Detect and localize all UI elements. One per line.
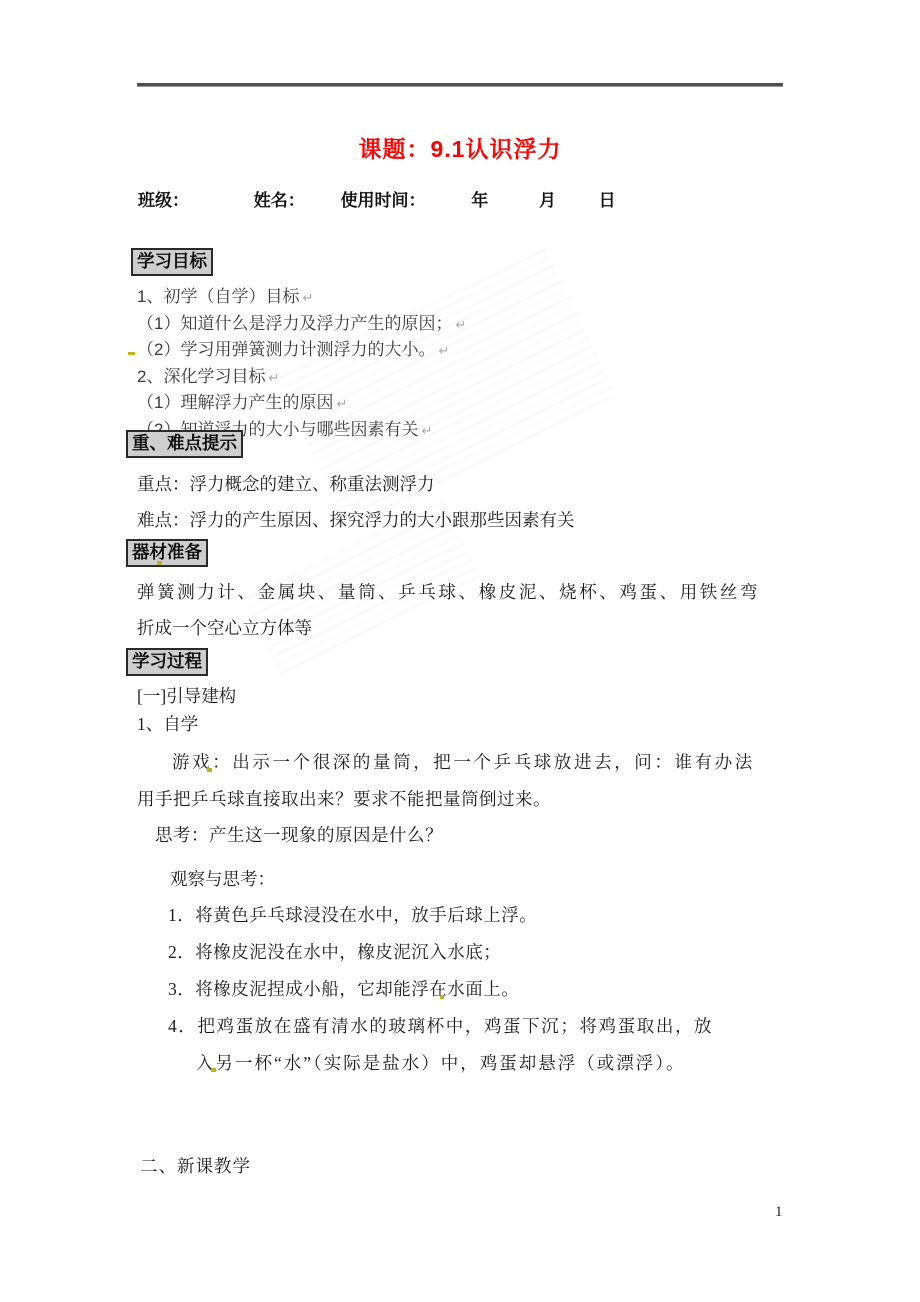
key-point-line: 重点：浮力概念的建立、称重法测浮力 — [137, 471, 435, 496]
goals-list: 1、初学（自学）目标↵ （1）知道什么是浮力及浮力产生的原因；↵ （2）学习用弹… — [137, 284, 466, 444]
process-intro-line: [一]引导建构 — [137, 683, 236, 708]
document-page: 课题：9.1认识浮力 班级： 姓名： 使用时间： 年 月 日 学习目标 1、初学… — [0, 0, 920, 1302]
section-heading-goals: 学习目标 — [131, 248, 213, 276]
section-heading-process: 学习过程 — [126, 648, 208, 676]
section-heading-materials: 器材准备 — [126, 539, 208, 567]
spellcheck-mark — [211, 1068, 216, 1072]
goal-text: 2、深化学习目标 — [137, 367, 265, 386]
goal-line: （2）学习用弹簧测力计测浮力的大小。↵ — [137, 337, 466, 364]
goal-text: （1）知道什么是浮力及浮力产生的原因； — [137, 314, 452, 333]
return-mark-icon: ↵ — [421, 423, 432, 438]
name-label: 姓名： — [254, 186, 305, 211]
goal-text: （1）理解浮力产生的原因 — [137, 393, 333, 412]
difficult-point-line: 难点：浮力的产生原因、探究浮力的大小跟那些因素有关 — [137, 507, 575, 532]
observe-item-continuation: 入另一杯“水”（实际是盐水）中，鸡蛋却悬浮（或漂浮）。 — [196, 1050, 686, 1075]
goal-line: （1）理解浮力产生的原因↵ — [137, 390, 466, 417]
spellcheck-mark — [128, 352, 135, 355]
spellcheck-mark — [157, 561, 162, 565]
return-mark-icon: ↵ — [268, 370, 279, 385]
page-number: 1 — [775, 1204, 783, 1221]
goal-text: 1、初学（自学）目标 — [137, 287, 299, 306]
day-label: 日 — [599, 186, 616, 211]
use-time-label: 使用时间： — [340, 186, 425, 211]
goal-text: （2）学习用弹簧测力计测浮力的大小。 — [137, 340, 435, 359]
year-label: 年 — [471, 186, 488, 211]
observe-item: 3．将橡皮泥捏成小船，它却能浮在水面上。 — [168, 976, 519, 1001]
next-section-heading: 二、新课教学 — [140, 1153, 251, 1178]
return-mark-icon: ↵ — [455, 317, 466, 332]
observe-item: 1．将黄色乒乓球浸没在水中，放手后球上浮。 — [168, 902, 537, 927]
goal-line: （1）知道什么是浮力及浮力产生的原因；↵ — [137, 311, 466, 338]
materials-line: 折成一个空心立方体等 — [137, 615, 312, 640]
materials-line: 弹簧测力计、金属块、量筒、乒乓球、橡皮泥、烧杯、鸡蛋、用铁丝弯 — [137, 579, 760, 604]
class-label: 班级： — [138, 186, 189, 211]
game-paragraph-line: 游戏：出示一个很深的量筒，把一个乒乓球放进去，问：谁有办法 — [172, 749, 755, 774]
spellcheck-mark — [207, 768, 212, 772]
section-heading-key-points: 重、难点提示 — [126, 430, 243, 458]
goal-line: 2、深化学习目标↵ — [137, 364, 466, 391]
observe-heading: 观察与思考： — [170, 866, 275, 891]
observe-item: 2．将橡皮泥没在水中，橡皮泥沉入水底； — [168, 939, 501, 964]
goal-line: 1、初学（自学）目标↵ — [137, 284, 466, 311]
month-label: 月 — [539, 186, 556, 211]
return-mark-icon: ↵ — [438, 343, 449, 358]
spellcheck-mark — [440, 995, 444, 999]
header-rule — [137, 83, 783, 87]
return-mark-icon: ↵ — [336, 396, 347, 411]
observe-item: 4．把鸡蛋放在盛有清水的玻璃杯中，鸡蛋下沉；将鸡蛋取出，放 — [168, 1013, 713, 1038]
return-mark-icon: ↵ — [302, 290, 313, 305]
think-line: 思考：产生这一现象的原因是什么？ — [155, 822, 443, 847]
process-intro-line: 1、自学 — [137, 711, 198, 736]
student-info-line: 班级： 姓名： 使用时间： 年 月 日 — [138, 186, 616, 211]
game-paragraph-line: 用手把乒乓球直接取出来？要求不能把量筒倒过来。 — [137, 786, 551, 811]
doc-title: 课题：9.1认识浮力 — [0, 131, 920, 164]
